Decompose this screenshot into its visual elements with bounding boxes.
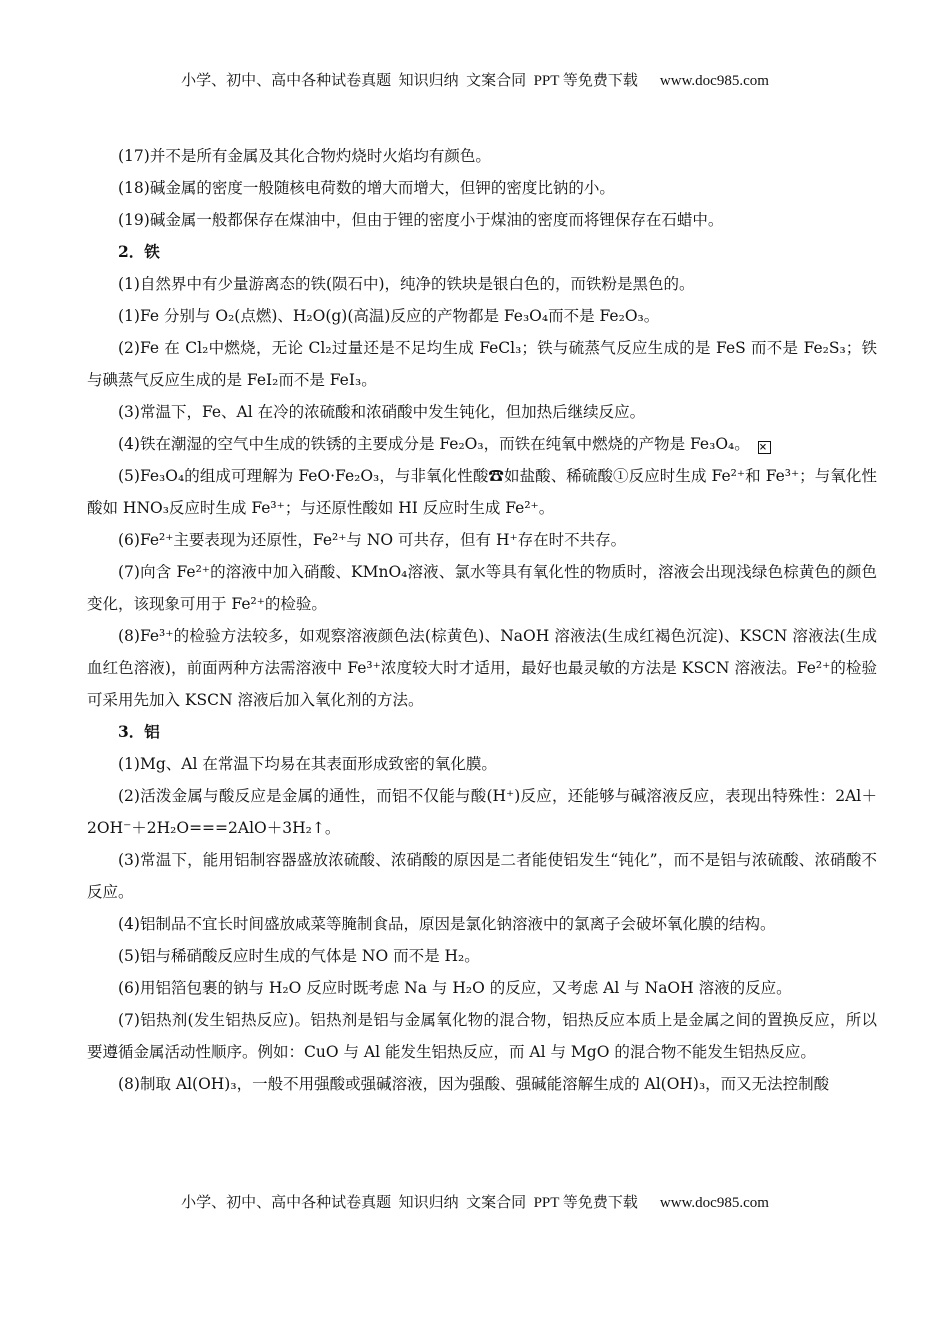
paragraph-item: (1)自然界中有少量游离态的铁(陨石中)，纯净的铁块是银白色的，而铁粉是黑色的。 — [87, 268, 877, 300]
header-url: www.doc985.com — [660, 73, 769, 89]
paragraph-item: (8)Fe³⁺的检验方法较多，如观察溶液颜色法(棕黄色)、NaOH 溶液法(生成… — [87, 620, 877, 716]
footer-url: www.doc985.com — [660, 1195, 769, 1211]
paragraph-item: (7)铝热剂(发生铝热反应)。铝热剂是铝与金属氧化物的混合物，铝热反应本质上是金… — [87, 1004, 877, 1068]
paragraph-item: (3)常温下，能用铝制容器盛放浓硫酸、浓硝酸的原因是二者能使铝发生“钝化”，而不… — [87, 844, 877, 908]
paragraph-item: (18)碱金属的密度一般随核电荷数的增大而增大，但钾的密度比钠的小。 — [87, 172, 877, 204]
page-footer: 小学、初中、高中各种试卷真题 知识归纳 文案合同 PPT 等免费下载www.do… — [0, 1191, 950, 1212]
paragraph-item: (17)并不是所有金属及其化合物灼烧时火焰均有颜色。 — [87, 140, 877, 172]
section-heading-aluminum: 3．铝 — [87, 716, 877, 748]
paragraph-item: (1)Fe 分别与 O₂(点燃)、H₂O(g)(高温)反应的产物都是 Fe₃O₄… — [87, 300, 877, 332]
paragraph-item: (7)向含 Fe²⁺的溶液中加入硝酸、KMnO₄溶液、氯水等具有氧化性的物质时，… — [87, 556, 877, 620]
boxed-x-icon: × — [758, 441, 771, 454]
document-body: (17)并不是所有金属及其化合物灼烧时火焰均有颜色。 (18)碱金属的密度一般随… — [87, 140, 877, 1100]
paragraph-item: (6)Fe²⁺主要表现为还原性，Fe²⁺与 NO 可共存，但有 H⁺存在时不共存… — [87, 524, 877, 556]
paragraph-item: (4)铁在潮湿的空气中生成的铁锈的主要成分是 Fe₂O₃，而铁在纯氧中燃烧的产物… — [87, 428, 877, 460]
page-header: 小学、初中、高中各种试卷真题 知识归纳 文案合同 PPT 等免费下载www.do… — [0, 69, 950, 90]
paragraph-item: (2)活泼金属与酸反应是金属的通性，而铝不仅能与酸(H⁺)反应，还能够与碱溶液反… — [87, 780, 877, 844]
paragraph-item: (3)常温下，Fe、Al 在冷的浓硫酸和浓硝酸中发生钝化，但加热后继续反应。 — [87, 396, 877, 428]
header-text: 小学、初中、高中各种试卷真题 知识归纳 文案合同 PPT 等免费下载 — [181, 73, 638, 89]
paragraph-item: (19)碱金属一般都保存在煤油中，但由于锂的密度小于煤油的密度而将锂保存在石蜡中… — [87, 204, 877, 236]
paragraph-text: (4)铁在潮湿的空气中生成的铁锈的主要成分是 Fe₂O₃，而铁在纯氧中燃烧的产物… — [118, 435, 750, 453]
section-heading-iron: 2．铁 — [87, 236, 877, 268]
paragraph-item: (8)制取 Al(OH)₃，一般不用强酸或强碱溶液，因为强酸、强碱能溶解生成的 … — [87, 1068, 877, 1100]
paragraph-item: (4)铝制品不宜长时间盛放咸菜等腌制食品，原因是氯化钠溶液中的氯离子会破坏氧化膜… — [87, 908, 877, 940]
paragraph-item: (2)Fe 在 Cl₂中燃烧，无论 Cl₂过量还是不足均生成 FeCl₃；铁与硫… — [87, 332, 877, 396]
paragraph-item: (5)铝与稀硝酸反应时生成的气体是 NO 而不是 H₂。 — [87, 940, 877, 972]
footer-text: 小学、初中、高中各种试卷真题 知识归纳 文案合同 PPT 等免费下载 — [181, 1195, 638, 1211]
paragraph-item: (5)Fe₃O₄的组成可理解为 FeO·Fe₂O₃，与非氧化性酸☎如盐酸、稀硫酸… — [87, 460, 877, 524]
paragraph-item: (6)用铝箔包裹的钠与 H₂O 反应时既考虑 Na 与 H₂O 的反应，又考虑 … — [87, 972, 877, 1004]
paragraph-item: (1)Mg、Al 在常温下均易在其表面形成致密的氧化膜。 — [87, 748, 877, 780]
